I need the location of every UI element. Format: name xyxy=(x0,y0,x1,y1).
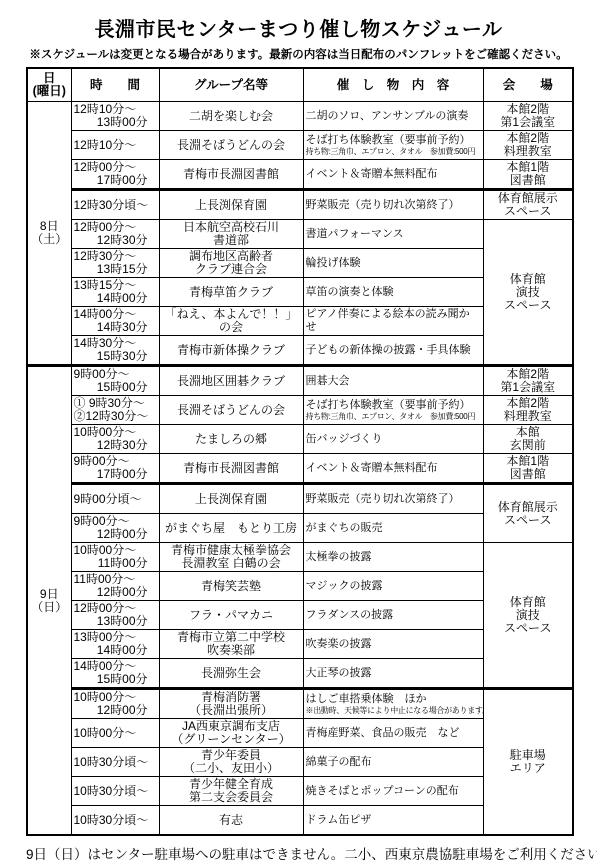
content-cell: 二胡のソロ、アンサンブルの演奏 xyxy=(303,102,483,131)
group-name: 長淵弥生会 xyxy=(162,667,301,680)
time-cell: 12時30分頃～ xyxy=(71,190,159,220)
content-cell: 太極拳の披露 xyxy=(303,543,483,572)
group-name: がまぐち屋 もとり工房 xyxy=(162,522,301,535)
group-name: （長淵出張所） xyxy=(162,704,301,717)
venue-name: 図書館 xyxy=(486,174,571,187)
schedule-flyer: 長淵市民センターまつり催し物スケジュール ※スケジュールは変更となる場合がありま… xyxy=(0,0,597,853)
venue-cell: 本館2階 料理教室 xyxy=(483,396,573,425)
group-cell: がまぐち屋 もとり工房 xyxy=(159,514,303,543)
time-cell: 9時00分～ 15時00分 xyxy=(71,366,159,396)
event-content: 綿菓子の配布 xyxy=(306,756,481,769)
group-cell: 青梅市長淵図書館 xyxy=(159,160,303,190)
day-cell-sat: 8日 （土） xyxy=(27,102,71,366)
group-cell: 調布地区高齢者 クラブ連合会 xyxy=(159,249,303,278)
time-cell: 10時00分～ 12時00分 xyxy=(71,689,159,719)
venue-cell: 本館2階 第1会議室 xyxy=(483,366,573,396)
group-cell: フラ・パマカニ xyxy=(159,601,303,630)
col-header-venue: 会 場 xyxy=(483,68,573,102)
time-cell: 10時30分頃～ xyxy=(71,777,159,806)
time-start: 10時30分頃～ xyxy=(74,785,157,798)
event-content: 大正琴の披露 xyxy=(306,667,481,680)
time-end: 15時00分 xyxy=(74,381,157,394)
group-name: 青梅市長淵図書館 xyxy=(162,462,301,475)
time-cell: 9時00分～ 17時00分 xyxy=(71,454,159,484)
content-cell: 缶バッジづくり xyxy=(303,425,483,454)
group-name: たましろの郷 xyxy=(162,433,301,446)
venue-cell: 本館2階 料理教室 xyxy=(483,131,573,160)
time-cell: 12時00分～ 12時30分 xyxy=(71,220,159,249)
event-content: そば打ち体験教室（要事前予約） xyxy=(306,399,481,412)
group-cell: 長淵そばうどんの会 xyxy=(159,131,303,160)
time-end: 13時00分 xyxy=(74,615,157,628)
content-cell: 青梅産野菜、食品の販売 など xyxy=(303,719,483,748)
venue-cell: 体育館展示 スペース xyxy=(483,190,573,220)
venue-name: 演技 xyxy=(486,609,571,622)
time-end: 13時15分 xyxy=(74,263,157,276)
venue-name: スペース xyxy=(486,622,571,635)
event-content: 輪投げ体験 xyxy=(306,257,481,270)
group-cell: 二胡を楽しむ会 xyxy=(159,102,303,131)
content-cell: そば打ち体験教室（要事前予約） 持ち物:三角巾、エプロン、タオル 参加費:500… xyxy=(303,131,483,160)
event-note: 持ち物:三角巾、エプロン、タオル 参加費:500円 xyxy=(306,412,481,421)
venue-name: スペース xyxy=(486,514,571,527)
time-cell: 12時00分～ 13時00分 xyxy=(71,601,159,630)
event-content: 草笛の演奏と体験 xyxy=(306,286,481,299)
event-content: 二胡のソロ、アンサンブルの演奏 xyxy=(306,110,481,123)
time-cell: ① 9時30分～ ②12時30分～ xyxy=(71,396,159,425)
group-name: 上長渕保育園 xyxy=(162,199,301,212)
day-cell-sun: 9日 （日） xyxy=(27,366,71,836)
time-cell: 14時30分～ 15時30分 xyxy=(71,336,159,366)
time-start: 10時30分頃～ xyxy=(74,756,157,769)
time-end: 15時00分 xyxy=(74,673,157,686)
group-name: の会 xyxy=(162,321,301,334)
content-cell: イベント＆寄贈本無料配布 xyxy=(303,160,483,190)
content-cell: 囲碁大会 xyxy=(303,366,483,396)
day-label: （日） xyxy=(30,601,69,614)
time-end: 12時00分 xyxy=(74,528,157,541)
event-content: 野菜販売（売り切れ次第終了） xyxy=(306,493,481,506)
schedule-row: 10時00分～ 12時30分 たましろの郷 缶バッジづくり 本館 玄関前 xyxy=(27,425,573,454)
content-cell: 綿菓子の配布 xyxy=(303,748,483,777)
venue-cell: 本館1階 図書館 xyxy=(483,454,573,484)
venue-name: 体育館 xyxy=(486,273,571,286)
content-cell: 草笛の演奏と体験 xyxy=(303,278,483,307)
time-cell: 12時30分～ 13時15分 xyxy=(71,249,159,278)
venue-name: 演技 xyxy=(486,286,571,299)
group-cell: 長淵地区囲碁クラブ xyxy=(159,366,303,396)
group-name: 長淵教室 白鶴の会 xyxy=(162,557,301,570)
schedule-row: 12時10分～ 長淵そばうどんの会 そば打ち体験教室（要事前予約） 持ち物:三角… xyxy=(27,131,573,160)
event-content: 缶バッジづくり xyxy=(306,433,481,446)
schedule-row: 9時00分頃～ 上長渕保育園 野菜販売（売り切れ次第終了） 体育館展示 スペース xyxy=(27,484,573,514)
day-label: （土） xyxy=(30,233,69,246)
group-name: 長淵そばうどんの会 xyxy=(162,139,301,152)
parking-notice: 9日（日）はセンター駐車場への駐車はできません。二小、西東京農協駐車場をご利用く… xyxy=(26,843,597,863)
time-cell: 10時00分～ xyxy=(71,719,159,748)
time-cell: 10時00分～ 11時00分 xyxy=(71,543,159,572)
group-cell: 青少年委員 （二小、友田小） xyxy=(159,748,303,777)
event-content: 囲碁大会 xyxy=(306,375,481,388)
content-cell: がまぐちの販売 xyxy=(303,514,483,543)
col-header-day-line: (曜日) xyxy=(30,85,69,98)
event-content: ピアノ伴奏による絵本の読み聞かせ xyxy=(306,308,481,334)
page-title: 長淵市民センターまつり催し物スケジュール xyxy=(0,0,597,42)
time-session2: ②12時30分～ xyxy=(74,410,157,423)
group-cell: 青梅笑芸塾 xyxy=(159,572,303,601)
group-cell: 上長渕保育園 xyxy=(159,484,303,514)
venue-name: 体育館 xyxy=(486,596,571,609)
schedule-row: 12時00分～ 12時30分 日本航空高校石川 書道部 書道パフォーマンス 体育… xyxy=(27,220,573,249)
venue-name: 第1会議室 xyxy=(486,381,571,394)
group-cell: JA西東京調布支店 （グリーンセンター） xyxy=(159,719,303,748)
group-name: （二小、友田小） xyxy=(162,762,301,775)
group-cell: たましろの郷 xyxy=(159,425,303,454)
time-end: 12時30分 xyxy=(74,234,157,247)
event-content: イベント＆寄贈本無料配布 xyxy=(306,168,481,181)
event-content: イベント＆寄贈本無料配布 xyxy=(306,462,481,475)
venue-name: スペース xyxy=(486,299,571,312)
group-cell: 青梅市健康太極拳協会 長淵教室 白鶴の会 xyxy=(159,543,303,572)
schedule-row: 8日 （土） 12時10分～ 13時00分 二胡を楽しむ会 二胡のソロ、アンサン… xyxy=(27,102,573,131)
time-start: 10時30分頃～ xyxy=(74,814,157,827)
time-cell: 12時00分～ 17時00分 xyxy=(71,160,159,190)
time-cell: 10時30分頃～ xyxy=(71,748,159,777)
content-cell: 大正琴の披露 xyxy=(303,659,483,689)
col-header-time: 時 間 xyxy=(71,68,159,102)
schedule-table: 日 (曜日) 時 間 グループ名等 催 し 物 内 容 会 場 8日 （土） 1… xyxy=(26,67,574,836)
group-cell: 長淵そばうどんの会 xyxy=(159,396,303,425)
venue-name: スペース xyxy=(486,205,571,218)
venue-name: 体育館展示 xyxy=(486,501,571,514)
event-note: ※出動時、天候等により中止になる場合があります。 xyxy=(306,706,481,715)
time-cell: 9時00分頃～ xyxy=(71,484,159,514)
time-end: 14時30分 xyxy=(74,321,157,334)
venue-name: 料理教室 xyxy=(486,410,571,423)
group-cell: 青少年健全育成 第二支会委員会 xyxy=(159,777,303,806)
venue-cell: 体育館 演技 スペース xyxy=(483,220,573,366)
group-cell: 青梅市長淵図書館 xyxy=(159,454,303,484)
venue-cell: 本館 玄関前 xyxy=(483,425,573,454)
schedule-row: 10時00分～ 11時00分 青梅市健康太極拳協会 長淵教室 白鶴の会 太極拳の… xyxy=(27,543,573,572)
event-content: ドラム缶ピザ xyxy=(306,814,481,827)
venue-name: 料理教室 xyxy=(486,145,571,158)
event-content: そば打ち体験教室（要事前予約） xyxy=(306,134,481,147)
content-cell: そば打ち体験教室（要事前予約） 持ち物:三角巾、エプロン、タオル 参加費:500… xyxy=(303,396,483,425)
schedule-row: 12時30分頃～ 上長渕保育園 野菜販売（売り切れ次第終了） 体育館展示 スペー… xyxy=(27,190,573,220)
event-content: がまぐちの販売 xyxy=(306,522,481,535)
group-name: 長淵そばうどんの会 xyxy=(162,404,301,417)
content-cell: イベント＆寄贈本無料配布 xyxy=(303,454,483,484)
event-content: 子どもの新体操の披露・手具体験 xyxy=(306,344,481,357)
content-cell: フラダンスの披露 xyxy=(303,601,483,630)
venue-cell: 本館2階 第1会議室 xyxy=(483,102,573,131)
time-cell: 10時00分～ 12時30分 xyxy=(71,425,159,454)
event-content: 太極拳の披露 xyxy=(306,551,481,564)
group-name: 第二支会委員会 xyxy=(162,791,301,804)
event-content: 焼きそばとポップコーンの配布 xyxy=(306,785,481,798)
group-cell: 「ねえ、本よんで！！」 の会 xyxy=(159,307,303,336)
group-name: （グリーンセンター） xyxy=(162,733,301,746)
time-end: 17時00分 xyxy=(74,174,157,187)
header-row: 日 (曜日) 時 間 グループ名等 催 し 物 内 容 会 場 xyxy=(27,68,573,102)
time-end: 13時00分 xyxy=(74,116,157,129)
venue-name: 図書館 xyxy=(486,468,571,481)
schedule-row: 10時00分～ 12時00分 青梅消防署 （長淵出張所） はしご車搭乗体験 ほか… xyxy=(27,689,573,719)
group-cell: 上長渕保育園 xyxy=(159,190,303,220)
venue-cell: 体育館展示 スペース xyxy=(483,484,573,543)
time-cell: 10時30分頃～ xyxy=(71,806,159,836)
group-name: 吹奏楽部 xyxy=(162,644,301,657)
time-end: 14時00分 xyxy=(74,644,157,657)
venue-name: エリア xyxy=(486,762,571,775)
group-name: 二胡を楽しむ会 xyxy=(162,110,301,123)
content-cell: 子どもの新体操の披露・手具体験 xyxy=(303,336,483,366)
group-name: 上長渕保育園 xyxy=(162,493,301,506)
group-name: 有志 xyxy=(162,814,301,827)
schedule-row: 9時00分～ 17時00分 青梅市長淵図書館 イベント＆寄贈本無料配布 本館1階… xyxy=(27,454,573,484)
venue-name: 玄関前 xyxy=(486,439,571,452)
group-name: 青梅市長淵図書館 xyxy=(162,168,301,181)
time-cell: 11時00分～ 12時00分 xyxy=(71,572,159,601)
group-name: クラブ連合会 xyxy=(162,263,301,276)
group-cell: 有志 xyxy=(159,806,303,836)
event-content: マジックの披露 xyxy=(306,580,481,593)
day-label: 9日 xyxy=(30,588,69,601)
time-start: 12時10分～ xyxy=(74,139,157,152)
schedule-row: 12時00分～ 17時00分 青梅市長淵図書館 イベント＆寄贈本無料配布 本館1… xyxy=(27,160,573,190)
content-cell: 野菜販売（売り切れ次第終了） xyxy=(303,484,483,514)
col-header-day: 日 (曜日) xyxy=(27,68,71,102)
group-name: 長淵地区囲碁クラブ xyxy=(162,375,301,388)
time-end: 12時00分 xyxy=(74,586,157,599)
schedule-row: 9日 （日） 9時00分～ 15時00分 長淵地区囲碁クラブ 囲碁大会 本館2階… xyxy=(27,366,573,396)
time-cell: 12時10分～ 13時00分 xyxy=(71,102,159,131)
time-end: 12時00分 xyxy=(74,704,157,717)
event-content: フラダンスの披露 xyxy=(306,609,481,622)
time-cell: 13時00分～ 14時00分 xyxy=(71,630,159,659)
group-name: フラ・パマカニ xyxy=(162,609,301,622)
time-start: 12時30分頃～ xyxy=(74,199,157,212)
group-name: 青梅笑芸塾 xyxy=(162,580,301,593)
time-end: 12時30分 xyxy=(74,439,157,452)
time-cell: 14時00分～ 14時30分 xyxy=(71,307,159,336)
venue-cell: 駐車場 エリア xyxy=(483,689,573,836)
time-end: 14時00分 xyxy=(74,292,157,305)
content-cell: マジックの披露 xyxy=(303,572,483,601)
venue-cell: 本館1階 図書館 xyxy=(483,160,573,190)
time-start: 10時00分～ xyxy=(74,727,157,740)
event-content: 野菜販売（売り切れ次第終了） xyxy=(306,199,481,212)
time-cell: 13時15分～ 14時00分 xyxy=(71,278,159,307)
time-start: 9時00分頃～ xyxy=(74,493,157,506)
content-cell: 吹奏楽の披露 xyxy=(303,630,483,659)
content-cell: ピアノ伴奏による絵本の読み聞かせ xyxy=(303,307,483,336)
time-end: 15時30分 xyxy=(74,350,157,363)
schedule-row: ① 9時30分～ ②12時30分～ 長淵そばうどんの会 そば打ち体験教室（要事前… xyxy=(27,396,573,425)
content-cell: 書道パフォーマンス xyxy=(303,220,483,249)
group-cell: 青梅市新体操クラブ xyxy=(159,336,303,366)
group-name: 書道部 xyxy=(162,234,301,247)
time-cell: 12時10分～ xyxy=(71,131,159,160)
group-name: 青梅市新体操クラブ xyxy=(162,344,301,357)
group-cell: 長淵弥生会 xyxy=(159,659,303,689)
time-cell: 14時00分～ 15時00分 xyxy=(71,659,159,689)
group-cell: 青梅消防署 （長淵出張所） xyxy=(159,689,303,719)
venue-cell: 体育館 演技 スペース xyxy=(483,543,573,689)
group-name: 青梅草笛クラブ xyxy=(162,286,301,299)
change-notice: ※スケジュールは変更となる場合があります。最新の内容は当日配布のパンフレットをご… xyxy=(0,46,597,62)
content-cell: 野菜販売（売り切れ次第終了） xyxy=(303,190,483,220)
content-cell: 焼きそばとポップコーンの配布 xyxy=(303,777,483,806)
event-content: 青梅産野菜、食品の販売 など xyxy=(306,727,481,740)
group-cell: 青梅市立第二中学校 吹奏楽部 xyxy=(159,630,303,659)
venue-name: 第1会議室 xyxy=(486,116,571,129)
group-cell: 日本航空高校石川 書道部 xyxy=(159,220,303,249)
group-cell: 青梅草笛クラブ xyxy=(159,278,303,307)
content-cell: ドラム缶ピザ xyxy=(303,806,483,836)
event-content: はしご車搭乗体験 ほか xyxy=(306,693,481,706)
time-end: 17時00分 xyxy=(74,468,157,481)
col-header-group: グループ名等 xyxy=(159,68,303,102)
event-content: 書道パフォーマンス xyxy=(306,228,481,241)
time-end: 11時00分 xyxy=(74,557,157,570)
event-note: 持ち物:三角巾、エプロン、タオル 参加費:500円 xyxy=(306,147,481,156)
content-cell: 輪投げ体験 xyxy=(303,249,483,278)
event-content: 吹奏楽の披露 xyxy=(306,638,481,651)
col-header-content: 催 し 物 内 容 xyxy=(303,68,483,102)
content-cell: はしご車搭乗体験 ほか ※出動時、天候等により中止になる場合があります。 xyxy=(303,689,483,719)
time-cell: 9時00分～ 12時00分 xyxy=(71,514,159,543)
